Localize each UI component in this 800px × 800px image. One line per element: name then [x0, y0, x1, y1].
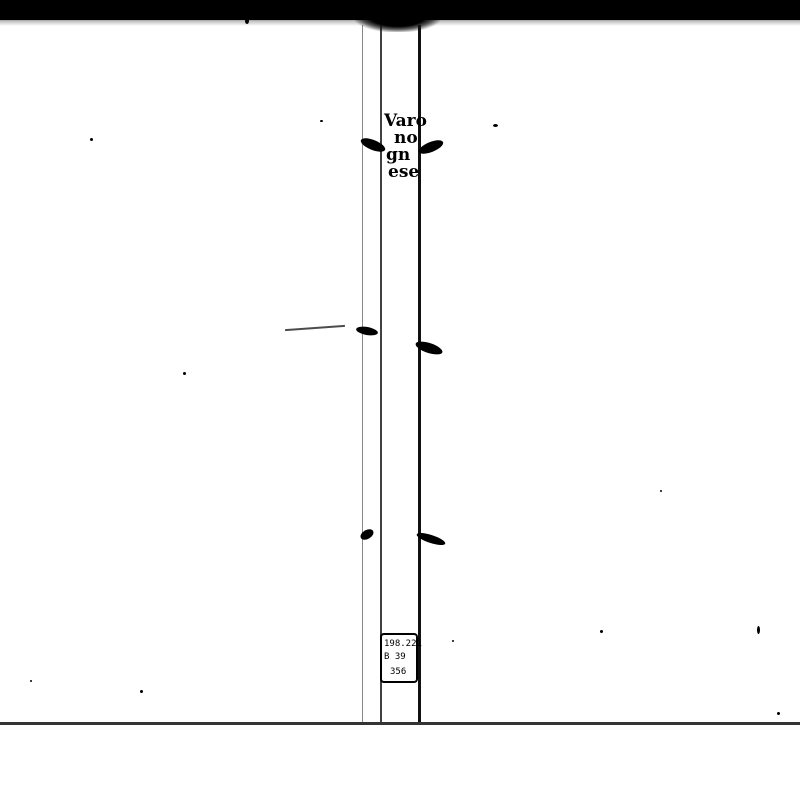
cover-bottom-edge [0, 722, 800, 725]
book-spine: Varo no gn ese [362, 25, 428, 722]
speck [757, 626, 760, 634]
spine-title-line: ese [382, 164, 428, 181]
call-number-line: 198.221 [384, 638, 414, 651]
speck [777, 712, 780, 715]
speck [90, 138, 93, 141]
speck [600, 630, 603, 633]
speck [493, 124, 498, 127]
speck [183, 372, 186, 375]
call-number-line: B 39 [384, 651, 414, 664]
background-below-cover [0, 726, 800, 800]
call-number-line: 356 [384, 666, 414, 679]
speck [30, 680, 32, 682]
scratch-mark [285, 325, 345, 331]
speck [320, 120, 323, 122]
speck [245, 18, 249, 24]
speck [660, 490, 662, 492]
spine-fold-line [362, 25, 363, 722]
speck [452, 640, 454, 642]
call-number-label: 198.221 B 39 356 [380, 633, 418, 683]
speck [140, 690, 143, 693]
